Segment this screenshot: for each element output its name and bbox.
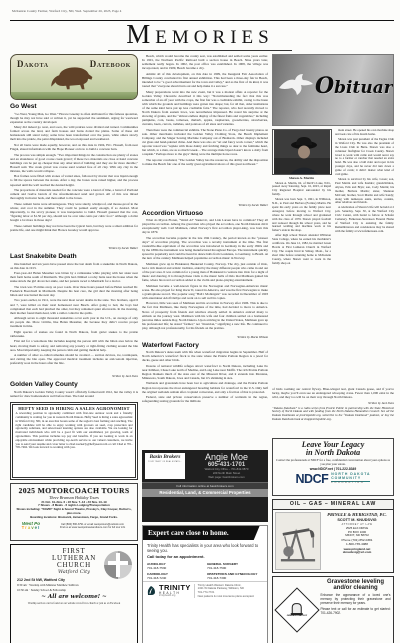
basin-brokers-logo: Basin Brokers YOUR TRACT OF REAL ESTATE… (145, 453, 185, 479)
article-headline-go-west: Go West (10, 103, 138, 110)
law-firm-name: PRINGLE & HERIGSTAD, P.C. (323, 512, 391, 518)
datebook-word-dakota: Dakota (17, 59, 49, 69)
hefty-seed-ad: HEFTY SEED IS HIRING A SALES AGRONOMIST … (10, 402, 138, 480)
article-paragraph: Federal, state and private conservation … (142, 395, 268, 403)
first-lutheran-church-ad: FirstLutheranChurch Watford City 212 2nd… (10, 544, 138, 643)
basin-properties-band: Residential, Land, & Commercial Properti… (142, 489, 268, 497)
grass-graphic (11, 92, 137, 99)
hefty-ad-body: A rewarding position in agronomy combine… (16, 412, 133, 450)
trinity-specialty: CARDIOLOGY 701-418-7240 (147, 572, 203, 580)
trinity-leaf-icon (147, 585, 156, 596)
basin-agent-name: Angie Moe (188, 453, 265, 462)
trinity-fine-print: New patients & most insurance plans acce… (198, 595, 263, 599)
dakota-datebook-banner: Dakota Datebook (10, 54, 138, 100)
gravestone-ad: GRAVESTONE GUY Gravestone leveling and/o… (272, 576, 394, 643)
specialty-phone: 701-418-7300 (207, 576, 263, 580)
obituary-text-column-1: Shawn A. Martin, 62, of Devil’s Lake, N.… (272, 182, 331, 266)
trinity-specialty: AUDIOLOGY 701-418-7530 (147, 562, 203, 570)
article-paragraph: of birds roaming our central flyway. Blu… (272, 387, 394, 399)
law-phone-2: 1-800-735-4088 (323, 543, 391, 547)
article-paragraph: Eight species of snakes are found in Nor… (10, 330, 138, 338)
article-paragraph: Many did indeed go west, and soon, the w… (10, 125, 138, 141)
article-paragraph: Many preparations went into the new even… (142, 90, 268, 127)
trinity-logo: TRINITY HEALTH trinityhealth.org (159, 584, 191, 597)
trinity-specialties: AUDIOLOGY 701-418-7530 GENERAL SURGERY 7… (143, 559, 267, 580)
article-paragraph: The proportions of materials needed for … (10, 188, 138, 200)
page-title: Memories (0, 21, 400, 48)
article-paragraph: Four-year-old Helen Messmer was bitten b… (10, 271, 138, 283)
basin-logo-tagline: YOUR TRACT OF REAL ESTATE… (145, 461, 185, 463)
article-paragraph: However, little was seen of Mathisen and… (142, 301, 268, 330)
article-paragraph: Two years earlier, in 1911, were the nex… (10, 298, 138, 314)
article-paragraph: A number of other so-called remedies sho… (10, 353, 138, 365)
gravestone-body: Enhance the appearance of a loved one’s … (321, 593, 391, 605)
article-body-waterfowl: North Dakota’s skies teem with life when… (142, 350, 268, 448)
trinity-body: Trinity Health has specialists in your a… (143, 540, 267, 553)
basin-brokers-ad: Basin Brokers YOUR TRACT OF REAL ESTATE…… (142, 450, 268, 522)
basin-web: Web page: basinbrokers.com (188, 476, 265, 480)
waterfowl-continuation: of birds roaming our central flyway. Blu… (272, 387, 394, 400)
article-paragraph: The process was simple enough. “Two impo… (10, 153, 138, 173)
article-headline-golden-valley: Golden Valley County (10, 381, 138, 388)
left-column: Dakota Datebook Go West “Go West, Young … (10, 54, 138, 643)
article-paragraph: The accordion became popular in the late… (142, 236, 268, 261)
obituary-paragraph: Shawn was born Sept. 3, 1961, in Willist… (272, 198, 331, 233)
specialty-phone: 701-418-7530 (147, 566, 203, 570)
trinity-specialty: OBSTETRICS AND GYNECOLOGY 701-418-7300 (207, 572, 263, 580)
ndcf-ad: Leave Your Legacy in North Dakota Contac… (272, 438, 394, 496)
article-paragraph: Dozens of national wildlife refuges attr… (142, 364, 268, 380)
basin-logo-name: Basin Brokers (145, 455, 185, 460)
obituary-paragraph: main street. He opened his own machine s… (335, 129, 394, 137)
specialty-phone: 701-418-7500 (207, 566, 263, 570)
obituary-text-column-2: main street. He opened his own machine s… (335, 129, 394, 234)
article-paragraph: What do Myron Floren, “Weird Al” Yankovi… (142, 218, 268, 234)
article-paragraph: These cement buildings may not have been… (10, 224, 138, 232)
ndcf-logo: NDCF (296, 473, 329, 486)
article-paragraph: North Dakota’s skies teem with life when… (142, 350, 268, 362)
church-welcome: All are welcome! (13, 594, 135, 600)
article-lead-golden-valley: North Dakota’s Golden Valley County wasn… (10, 390, 138, 399)
ndcf-org-line3: FOUNDATION (331, 481, 370, 485)
basin-info-band: Full information online at basinbrokers.… (142, 482, 268, 489)
church-cross-logo (104, 551, 132, 579)
article-paragraph: “Go West, Young Man, Go West.” Horace Gr… (10, 112, 138, 124)
dove-icon (275, 73, 315, 99)
trinity-specialty: GENERAL SURGERY 701-418-7500 (207, 562, 263, 570)
trinity-headline: Expert care close to home. (143, 526, 260, 540)
trinity-website: trinityhealth.org (159, 595, 191, 597)
gravestone-logo-text: GRAVESTONE GUY (286, 614, 306, 617)
ndcf-org-line2: COMMUNITY (331, 477, 370, 481)
obituary-paragraph: A celebration of Shawn’s life will be he… (335, 206, 394, 233)
article-paragraph: Box frames were filled with stones of va… (10, 174, 138, 186)
obituaries-banner: Obituaries (272, 54, 394, 126)
article-body-accordion: What do Myron Floren, “Weird Al” Yankovi… (142, 218, 268, 334)
newspaper-page: McKenzie County Farmer, Watford City, ND… (0, 0, 400, 643)
obituary-paragraph: Shawn A. Martin, 62, of Devil’s Lake, N.… (272, 182, 331, 198)
gravestone-guy-logo: GRAVESTONE GUY (276, 579, 318, 640)
specialty-phone: 701-418-7240 (147, 576, 203, 580)
obituary-photo-caption: Shawn A. Martin (272, 176, 331, 180)
pumpjack-image (279, 517, 317, 565)
byline-golden-valley: Written by Sarah Walker (142, 203, 268, 207)
article-paragraph: Beach, which would become the county sea… (142, 54, 268, 70)
gravestone-title-line2: and/or cleaning (321, 585, 391, 591)
article-paragraph: The reporter concluded, “The Golden Vall… (142, 158, 268, 166)
article-headline-accordion: Accordion Virtuoso (142, 210, 268, 217)
ndcf-title-line2: in North Dakota (276, 449, 390, 458)
motorcoach-boarding: Boarding locations: Bismarck, Jamestown,… (14, 516, 134, 520)
gravestone-cta: Please text or call for an estimate to g… (321, 607, 391, 615)
article-paragraph: Although seven to eight thousand snakebi… (10, 316, 138, 328)
article-paragraph: One hundred and ten years have passed si… (10, 262, 138, 270)
ndcf-contact: www.NDCF.net | 701-222-8349 (276, 467, 390, 471)
trinity-clinic-info: Trinity Health Western Dakota Clinic, 13… (194, 584, 263, 599)
article-paragraph: Then there were the commercial exhibits.… (142, 128, 268, 157)
article-body-golden-valley: Beach, which would become the county sea… (142, 54, 268, 202)
bison-image (45, 63, 103, 91)
article-paragraph: The town was 35 miles away on poor roads… (10, 285, 138, 297)
article-paragraph: Mathisen grew up in Hokksund, Buskerud C… (142, 262, 268, 282)
oil-ad-header: OIL – GAS – MINERAL LAW (273, 500, 393, 510)
obituary-paragraph: Shawn is survived by his wife, Gwen; son… (335, 178, 394, 205)
article-paragraph: These cement barns were advantageous. Th… (10, 202, 138, 222)
article-body-go-west: “Go West, Young Man, Go West.” Horace Gr… (10, 112, 138, 246)
church-fine-print: Worship services can be found on our web… (13, 602, 135, 605)
title-rule (108, 50, 292, 51)
church-schedule-1: 9:30 am · Worship with Minister Matthew … (13, 583, 135, 587)
masthead: McKenzie County Farmer, Watford City, ND… (12, 9, 121, 13)
obituary-photo (272, 129, 332, 175)
byline-waterfowl: Written by Jack Dura (272, 401, 394, 405)
article-paragraph: North Dakota’s Golden Valley County wasn… (10, 390, 138, 398)
motorcoach-tours-ad: 2025 MOTORCOACH TOURS Three Branson Holi… (10, 483, 138, 541)
law-email: sknudsvig@srt.com (323, 551, 391, 555)
obituaries-title: Obituaries (315, 73, 394, 99)
right-column: Obituaries Shawn A. Martin Shawn A. Mart… (272, 54, 394, 643)
obituary-paragraph: Shawn was past president of the Eagles C… (335, 138, 394, 177)
church-schedule-2: 10:30 am · Sunday School & Fellowship (13, 588, 135, 592)
motorcoach-title: 2025 MOTORCOACH TOURS (14, 486, 134, 495)
oil-gas-mineral-law-ad: OIL – GAS – MINERAL LAW PRINGLE & HERIGS… (272, 499, 394, 573)
article-paragraph: Not all barns were made equally, however… (10, 143, 138, 151)
article-paragraph: Amidst all of this development, on this … (142, 72, 268, 88)
article-body-snakebite: One hundred and ten years have passed si… (10, 262, 138, 374)
ndcf-body: Contact the professionals at NDCF for a … (276, 459, 390, 467)
byline-go-west: Written by Sarah Walker (10, 246, 138, 250)
byline-accordion: Written by Maria Witham (142, 335, 268, 339)
motorcoach-contact-web: Find us at www.westpotravelandtours.com … (51, 526, 134, 530)
obituary-paragraph: After high school Shawn attended Willist… (272, 234, 331, 265)
trinity-health-ad: Expert care close to home. Trinity Healt… (142, 525, 268, 643)
article-paragraph: Wetlands and grasslands have been lost t… (142, 381, 268, 393)
middle-column: Beach, which would become the county sea… (142, 54, 268, 643)
dakota-datebook-credit: “Dakota Datebook” is a radio series from… (272, 407, 394, 435)
byline-snakebite: Written by Jack Dura (10, 374, 138, 378)
article-headline-waterfowl: Waterfowl Factory (142, 342, 268, 349)
gravestone-icon (292, 602, 302, 613)
travel-logo-word: Travel (14, 526, 48, 530)
article-headline-snakebite: Last Snakebite Death (10, 253, 138, 260)
article-paragraph: Mathisen became a well-known figure in t… (142, 284, 268, 300)
article-paragraph: First aid for a venomous bite includes k… (10, 339, 138, 351)
ndcf-org-name: NORTH DAKOTA COMMUNITY FOUNDATION (331, 473, 370, 485)
obituary-entry: Shawn A. Martin Shawn A. Martin, 62, of … (272, 129, 394, 387)
travel-company-logo: West Po Travel (14, 522, 48, 531)
